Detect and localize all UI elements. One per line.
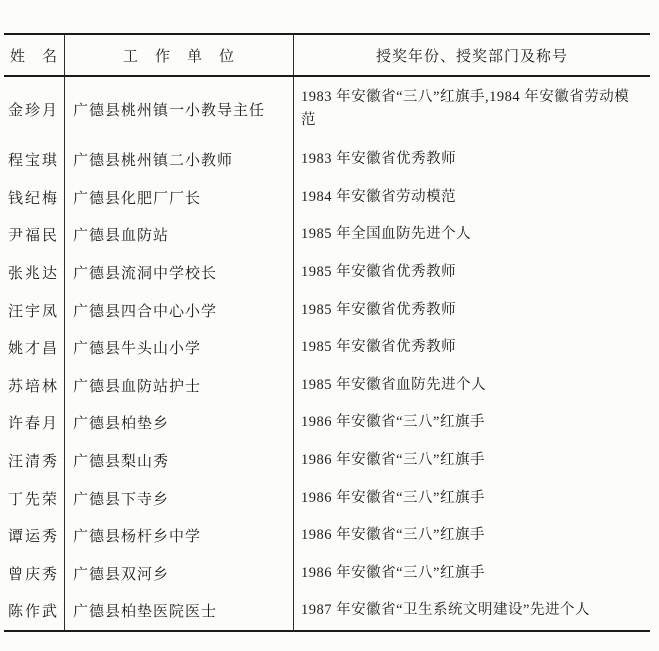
table-row: 丁先荣 广德县下寺乡 1986 年安徽省“三八”红旗手	[4, 479, 650, 517]
award-cell: 1986 年安徽省“三八”红旗手	[293, 404, 650, 442]
header-name: 姓 名	[4, 35, 64, 75]
name-cell: 尹福民	[4, 216, 64, 254]
work-unit-cell: 广德县双河乡	[64, 555, 293, 593]
table-body: 金珍月 广德县桃州镇一小教导主任 1983 年安徽省“三八”红旗手,1984 年…	[4, 77, 650, 632]
name-cell: 丁先荣	[4, 479, 64, 517]
name-cell: 谭运秀	[4, 517, 64, 555]
name-cell: 程宝琪	[4, 141, 64, 179]
table-row: 曾庆秀 广德县双河乡 1986 年安徽省“三八”红旗手	[4, 555, 650, 593]
table-row: 张兆达 广德县流洞中学校长 1985 年安徽省优秀教师	[4, 254, 650, 292]
header-award: 授奖年份、授奖部门及称号	[293, 35, 650, 75]
work-unit-cell: 广德县梨山秀	[64, 442, 293, 480]
name-cell: 许春月	[4, 404, 64, 442]
table-row: 谭运秀 广德县杨杆乡中学 1986 年安徽省“三八”红旗手	[4, 517, 650, 555]
table-row: 陈作武 广德县柏垫医院医士 1987 年安徽省“卫生系统文明建设”先进个人	[4, 592, 650, 630]
name-cell: 汪清秀	[4, 442, 64, 480]
work-unit-cell: 广德县血防站护士	[64, 367, 293, 405]
name-cell: 曾庆秀	[4, 555, 64, 593]
work-unit-cell: 广德县桃州镇一小教导主任	[64, 77, 293, 141]
work-unit-cell: 广德县化肥厂厂长	[64, 179, 293, 217]
work-unit-cell: 广德县血防站	[64, 216, 293, 254]
name-cell: 陈作武	[4, 592, 64, 630]
award-cell: 1986 年安徽省“三八”红旗手	[293, 442, 650, 480]
award-cell: 1986 年安徽省“三八”红旗手	[293, 517, 650, 555]
table-row: 许春月 广德县柏垫乡 1986 年安徽省“三八”红旗手	[4, 404, 650, 442]
name-cell: 钱纪梅	[4, 179, 64, 217]
award-cell: 1985 年全国血防先进个人	[293, 216, 650, 254]
award-cell: 1984 年安徽省劳动模范	[293, 179, 650, 217]
work-unit-cell: 广德县杨杆乡中学	[64, 517, 293, 555]
name-cell: 金珍月	[4, 77, 64, 141]
award-cell: 1985 年安徽省优秀教师	[293, 329, 650, 367]
table-row: 程宝琪 广德县桃州镇二小教师 1983 年安徽省优秀教师	[4, 141, 650, 179]
work-unit-cell: 广德县流洞中学校长	[64, 254, 293, 292]
award-table: 姓 名 工 作 单 位 授奖年份、授奖部门及称号 金珍月 广德县桃州镇一小教导主…	[4, 33, 650, 632]
award-cell: 1986 年安徽省“三八”红旗手	[293, 479, 650, 517]
work-unit-cell: 广德县桃州镇二小教师	[64, 141, 293, 179]
award-cell: 1986 年安徽省“三八”红旗手	[293, 555, 650, 593]
table-row: 汪清秀 广德县梨山秀 1986 年安徽省“三八”红旗手	[4, 442, 650, 480]
table-row: 尹福民 广德县血防站 1985 年全国血防先进个人	[4, 216, 650, 254]
work-unit-cell: 广德县四合中心小学	[64, 291, 293, 329]
award-cell: 1985 年安徽省优秀教师	[293, 254, 650, 292]
name-cell: 苏培林	[4, 367, 64, 405]
name-cell: 张兆达	[4, 254, 64, 292]
name-cell: 汪宇凤	[4, 291, 64, 329]
award-cell: 1983 年安徽省优秀教师	[293, 141, 650, 179]
award-cell: 1987 年安徽省“卫生系统文明建设”先进个人	[293, 592, 650, 630]
header-work-unit: 工 作 单 位	[64, 35, 293, 75]
table-row: 汪宇凤 广德县四合中心小学 1985 年安徽省优秀教师	[4, 291, 650, 329]
table-header-row: 姓 名 工 作 单 位 授奖年份、授奖部门及称号	[4, 33, 650, 77]
name-cell: 姚才昌	[4, 329, 64, 367]
work-unit-cell: 广德县牛头山小学	[64, 329, 293, 367]
award-cell: 1985 年安徽省血防先进个人	[293, 367, 650, 405]
work-unit-cell: 广德县下寺乡	[64, 479, 293, 517]
table-row: 姚才昌 广德县牛头山小学 1985 年安徽省优秀教师	[4, 329, 650, 367]
work-unit-cell: 广德县柏垫乡	[64, 404, 293, 442]
table-row: 金珍月 广德县桃州镇一小教导主任 1983 年安徽省“三八”红旗手,1984 年…	[4, 77, 650, 141]
work-unit-cell: 广德县柏垫医院医士	[64, 592, 293, 630]
document-page: 姓 名 工 作 单 位 授奖年份、授奖部门及称号 金珍月 广德县桃州镇一小教导主…	[0, 0, 659, 651]
table-row: 苏培林 广德县血防站护士 1985 年安徽省血防先进个人	[4, 367, 650, 405]
award-cell: 1985 年安徽省优秀教师	[293, 291, 650, 329]
award-cell: 1983 年安徽省“三八”红旗手,1984 年安徽省劳动模范	[293, 77, 650, 141]
table-row: 钱纪梅 广德县化肥厂厂长 1984 年安徽省劳动模范	[4, 179, 650, 217]
